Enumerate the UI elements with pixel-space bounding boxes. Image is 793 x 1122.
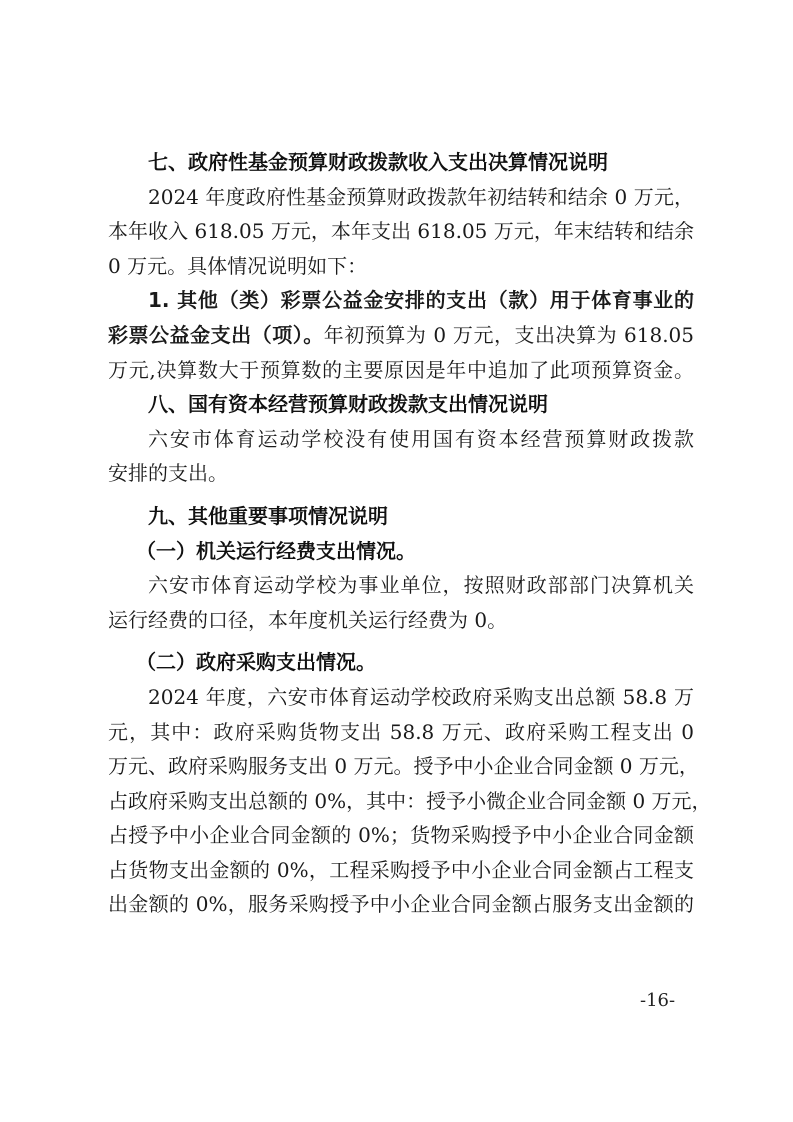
paragraph-line: 2024 年度，六安市体育运动学校政府采购支出总额 58.8 万	[108, 680, 694, 715]
section-8-heading: 八、国有资本经营预算财政拨款支出情况说明	[108, 387, 694, 422]
spacer	[108, 491, 694, 499]
subsection-1-heading: （一）机关运行经费支出情况。	[108, 534, 694, 569]
paragraph-line: 六安市体育运动学校没有使用国有资本经营预算财政拨款	[108, 422, 694, 457]
paragraph-line: 六安市体育运动学校为事业单位，按照财政部部门决算机关	[108, 568, 694, 603]
section-7-heading: 七、政府性基金预算财政拨款收入支出决算情况说明	[108, 145, 694, 180]
item-1-line-3: 万元,决算数大于预算数的主要原因是年中追加了此项预算资金。	[108, 353, 694, 388]
paragraph-line: 出金额的 0%，服务采购授予中小企业合同金额占服务支出金额的	[108, 887, 694, 922]
spacer	[108, 637, 694, 645]
item-1-line-2: 彩票公益金支出（项）。年初预算为 0 万元，支出决算为 618.05	[108, 318, 694, 353]
page-content: 七、政府性基金预算财政拨款收入支出决算情况说明 2024 年度政府性基金预算财政…	[108, 145, 694, 922]
paragraph-line: 占政府采购支出总额的 0%，其中：授予小微企业合同金额 0 万元，	[108, 784, 694, 819]
paragraph-line: 2024 年度政府性基金预算财政拨款年初结转和结余 0 万元，	[108, 180, 694, 215]
item-1-line-2-rest: 年初预算为 0 万元，支出决算为 618.05	[324, 323, 694, 347]
item-1-bold-line: 1. 其他（类）彩票公益金安排的支出（款）用于体育事业的	[108, 283, 694, 318]
paragraph-line: 占授予中小企业合同金额的 0%；货物采购授予中小企业合同金额	[108, 818, 694, 853]
paragraph-line: 占货物支出金额的 0%，工程采购授予中小企业合同金额占工程支	[108, 853, 694, 888]
paragraph-line: 本年收入 618.05 万元，本年支出 618.05 万元，年末结转和结余	[108, 214, 694, 249]
document-page: 七、政府性基金预算财政拨款收入支出决算情况说明 2024 年度政府性基金预算财政…	[0, 0, 793, 1122]
paragraph-line: 0 万元。具体情况说明如下：	[108, 249, 694, 284]
paragraph-line: 运行经费的口径，本年度机关运行经费为 0。	[108, 603, 694, 638]
paragraph-line: 万元、政府采购服务支出 0 万元。授予中小企业合同金额 0 万元，	[108, 749, 694, 784]
item-1-bold-tail: 彩票公益金支出（项）。	[108, 323, 324, 347]
subsection-2-heading: （二）政府采购支出情况。	[108, 645, 694, 680]
section-9-heading: 九、其他重要事项情况说明	[108, 499, 694, 534]
paragraph-line: 元，其中：政府采购货物支出 58.8 万元、政府采购工程支出 0	[108, 715, 694, 750]
page-number: -16-	[640, 990, 675, 1011]
paragraph-line: 安排的支出。	[108, 456, 694, 491]
